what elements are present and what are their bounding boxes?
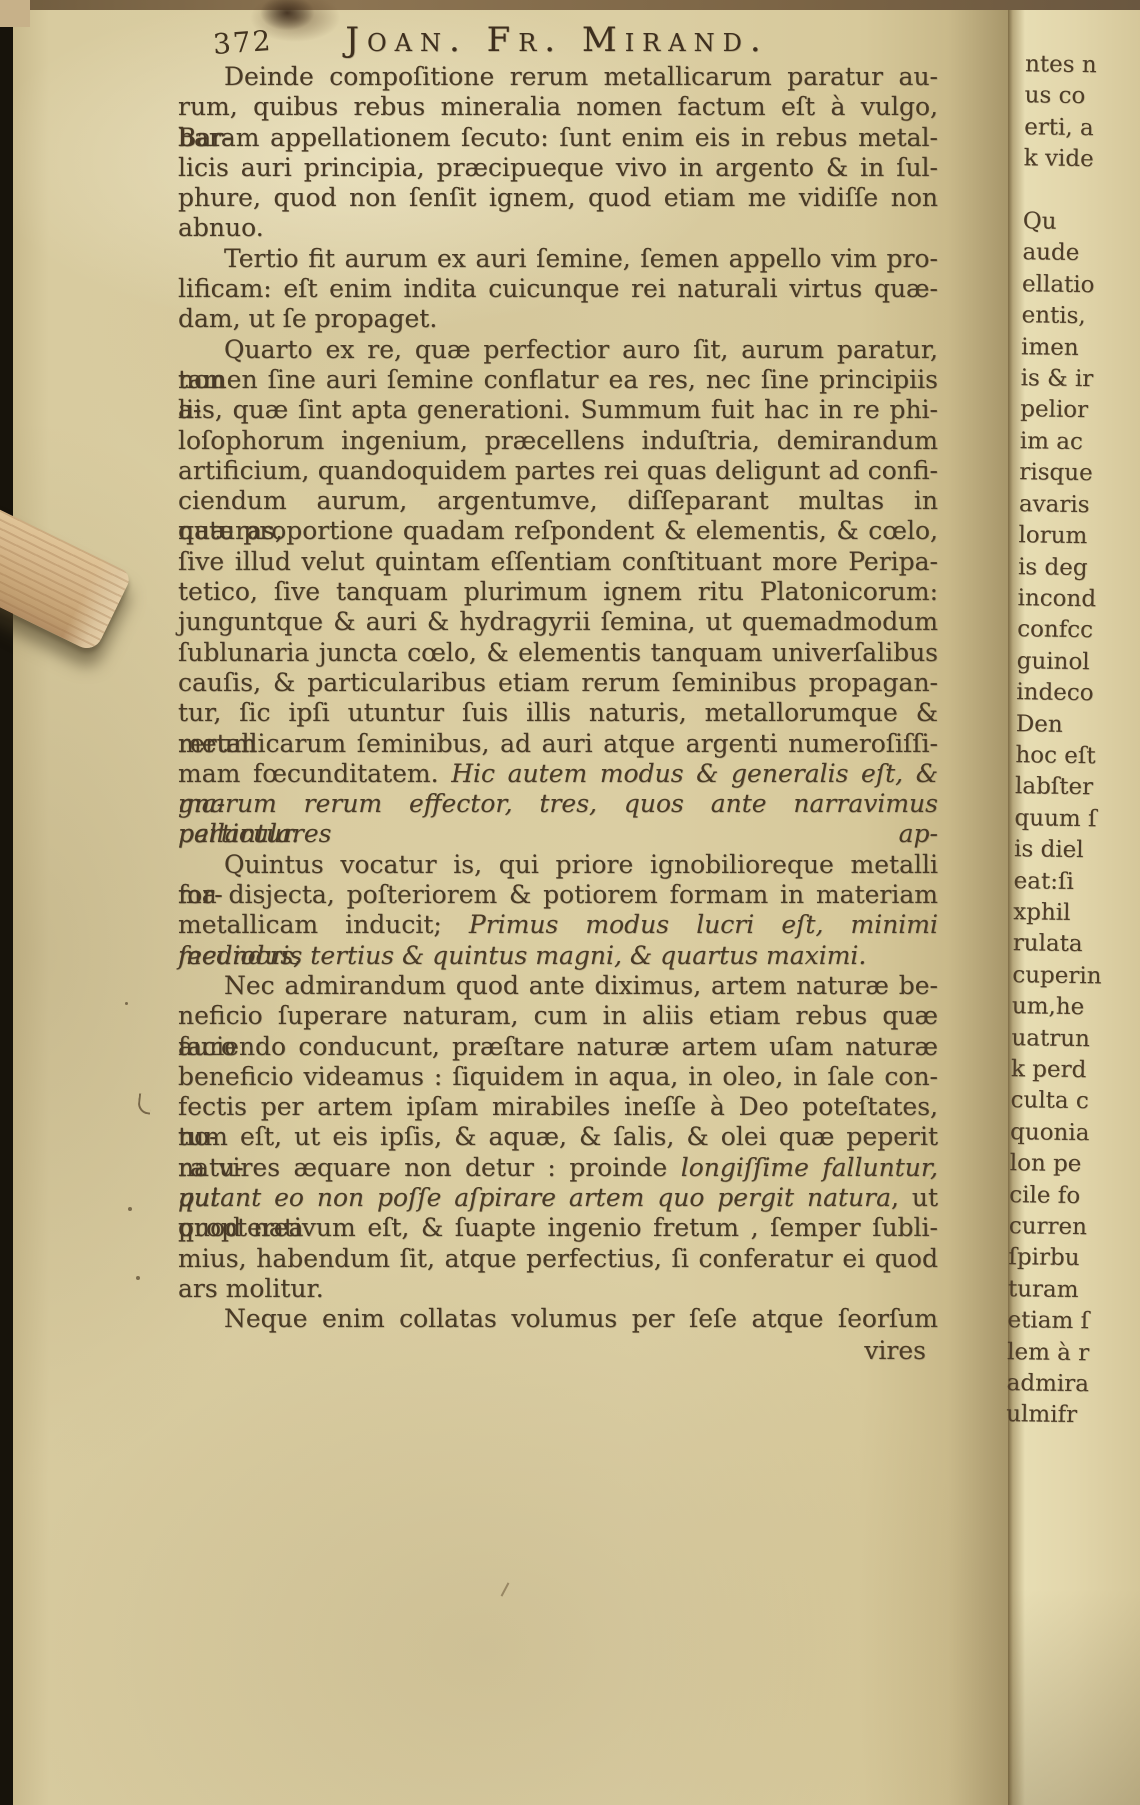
fragment-line: avaris bbox=[1016, 489, 1140, 522]
text-line: mam fœcunditatem. Hic autem modus & gene… bbox=[178, 759, 938, 789]
facing-page-text-fragments: ntes nus coerti, ak vide Quaudeellatioen… bbox=[1002, 49, 1140, 1521]
fragment-line: Qu bbox=[1020, 206, 1140, 239]
ink-speck bbox=[128, 1207, 132, 1211]
text-line: ra vires æquare non detur : proinde long… bbox=[178, 1153, 938, 1183]
fragment-line: ulmifr bbox=[1003, 1400, 1131, 1433]
fragment-line: quonia bbox=[1007, 1117, 1135, 1150]
fragment-line: labſter bbox=[1012, 771, 1140, 804]
text-line: liis, quæ ſint apta generationi. Summum … bbox=[178, 395, 938, 425]
text-line: ma disjecta, poſteriorem & potiorem form… bbox=[178, 880, 938, 910]
fragment-line: culta c bbox=[1007, 1085, 1135, 1118]
text-line: Nec admirandum quod ante diximus, artem … bbox=[178, 971, 938, 1001]
ink-speck bbox=[136, 1276, 140, 1280]
fragment-line: uatrun bbox=[1008, 1023, 1136, 1056]
fragment-line: indeco bbox=[1013, 677, 1140, 710]
fragment-line: is & ir bbox=[1017, 363, 1140, 396]
text-line: quæ proportione quadam reſpondent & elem… bbox=[178, 516, 938, 546]
fragment-line: k vide bbox=[1021, 143, 1140, 176]
fragment-line: lon pe bbox=[1006, 1148, 1134, 1181]
fragment-line: ſpirbu bbox=[1005, 1242, 1133, 1275]
fragment-line: Den bbox=[1013, 709, 1140, 742]
text-line: lificam: eſt enim indita cuicunque rei n… bbox=[178, 274, 938, 304]
text-line: neficio ſuperare naturam, cum in aliis e… bbox=[178, 1001, 938, 1031]
fragment-line: cile fo bbox=[1006, 1180, 1134, 1213]
text-line: rum, quibus rebus mineralia nomen factum… bbox=[178, 92, 938, 122]
text-line: cauſis, & particularibus etiam rerum ſem… bbox=[178, 668, 938, 698]
text-line: ſublunaria juncta cœlo, & elementis tanq… bbox=[178, 638, 938, 668]
text-line: tum eſt, ut eis ipſis, & aquæ, & ſalis, … bbox=[178, 1122, 938, 1152]
text-line: fectis per artem ipſam mirabiles ineſſe … bbox=[178, 1092, 938, 1122]
fragment-line bbox=[1020, 175, 1140, 208]
fragment-line: ellatio bbox=[1019, 269, 1140, 302]
text-line: mediocris tertius & quintus magni, & qua… bbox=[178, 941, 938, 971]
fragment-line: k perd bbox=[1008, 1054, 1136, 1087]
text-line: artificium, quandoquidem partes rei quas… bbox=[178, 456, 938, 486]
text-line: abnuo. bbox=[178, 213, 938, 243]
text-line: beneficio videamus : ſiquidem in aqua, i… bbox=[178, 1062, 938, 1092]
text-line: metallicam inducit; Primus modus lucri e… bbox=[178, 910, 938, 940]
text-line: loſophorum ingenium, præcellens induſtri… bbox=[178, 426, 938, 456]
fragment-line: quum ſ bbox=[1011, 803, 1139, 836]
fragment-line: risque bbox=[1016, 457, 1140, 490]
text-line: Neque enim collatas volumus per ſeſe atq… bbox=[178, 1304, 938, 1334]
text-line: quod nativum eſt, & ſuapte ingenio fretu… bbox=[178, 1213, 938, 1243]
fragment-line: eat:ſi bbox=[1010, 866, 1138, 899]
text-line: ars molitur. bbox=[178, 1274, 938, 1304]
book-top-edge bbox=[0, 0, 1140, 10]
text-line: ſive illud velut quintam eſſentiam conſt… bbox=[178, 547, 938, 577]
text-line: Deinde compoſitione rerum metallicarum p… bbox=[178, 62, 938, 92]
fragment-line: is deg bbox=[1015, 552, 1140, 585]
fragment-line: imen bbox=[1018, 332, 1140, 365]
book-scan: 372 Joan. Fr. Mirand. Deinde compoſition… bbox=[0, 0, 1140, 1805]
text-line: gnarum rerum effector, tres, quos ante n… bbox=[178, 789, 938, 819]
text-line: dam, ut ſe propaget. bbox=[178, 304, 938, 334]
text-block: Deinde compoſitione rerum metallicarum p… bbox=[178, 62, 938, 1334]
text-line: tamen ſine auri ſemine conflatur ea res,… bbox=[178, 365, 938, 395]
text-line: faciendo conducunt, præſtare naturæ arte… bbox=[178, 1032, 938, 1062]
fragment-line: aude bbox=[1019, 238, 1140, 271]
fragment-line: rulata bbox=[1010, 928, 1138, 961]
catchword: vires bbox=[178, 1336, 926, 1365]
text-line: junguntque & auri & hydragyrii ſemina, u… bbox=[178, 607, 938, 637]
fragment-line: pelior bbox=[1017, 395, 1140, 428]
fragment-line: turam bbox=[1005, 1274, 1133, 1307]
fragment-line: hoc eſt bbox=[1012, 740, 1140, 773]
fragment-line: admira bbox=[1003, 1368, 1131, 1401]
text-line: Tertio fit aurum ex auri ſemine, ſemen a… bbox=[178, 244, 938, 274]
ink-speck bbox=[125, 1002, 128, 1005]
text-line: Quintus vocatur is, qui priore ignobilio… bbox=[178, 850, 938, 880]
fragment-line: entis, bbox=[1018, 300, 1140, 333]
text-line: mius, habendum ſit, atque perfectius, ſi… bbox=[178, 1244, 938, 1274]
fragment-line: is diel bbox=[1011, 834, 1139, 867]
fragment-line: lorum bbox=[1015, 520, 1140, 553]
fragment-line: lem à r bbox=[1004, 1337, 1132, 1370]
fragment-line: incond bbox=[1014, 583, 1140, 616]
corner-fragment bbox=[0, 0, 30, 27]
fragment-line: xphil bbox=[1010, 897, 1138, 930]
fragment-line: erti, a bbox=[1021, 112, 1140, 145]
fragment-line: etiam ſ bbox=[1004, 1305, 1132, 1338]
fragment-line: ntes n bbox=[1022, 49, 1140, 82]
fragment-line: um,he bbox=[1009, 991, 1137, 1024]
text-line: Quarto ex re, quæ perfectior auro ſit, a… bbox=[178, 335, 938, 365]
text-line: putant eo non poſſe aſpirare artem quo p… bbox=[178, 1183, 938, 1213]
text-line: licis auri principia, præcipueque vivo i… bbox=[178, 153, 938, 183]
running-header: Joan. Fr. Mirand. bbox=[178, 20, 936, 60]
text-line: tur, ſic ipſi utuntur ſuis illis naturis… bbox=[178, 698, 938, 728]
text-line: ciendum aurum, argentumve, diſſeparant m… bbox=[178, 486, 938, 516]
fragment-line: guinol bbox=[1013, 646, 1140, 679]
fragment-line: us co bbox=[1021, 81, 1140, 114]
text-line: metallicarum ſeminibus, ad auri atque ar… bbox=[178, 729, 938, 759]
fragment-line: curren bbox=[1006, 1211, 1134, 1244]
text-line: baram appellationem ſecuto: ſunt enim ei… bbox=[178, 123, 938, 153]
fragment-line: cuperin bbox=[1009, 960, 1137, 993]
text-line: phure, quod non ſenſit ignem, quod etiam… bbox=[178, 183, 938, 213]
fragment-line: confcc bbox=[1014, 614, 1140, 647]
fragment-line: im ac bbox=[1017, 426, 1140, 459]
text-line: tetico, ſive tanquam plurimum ignem ritu… bbox=[178, 577, 938, 607]
